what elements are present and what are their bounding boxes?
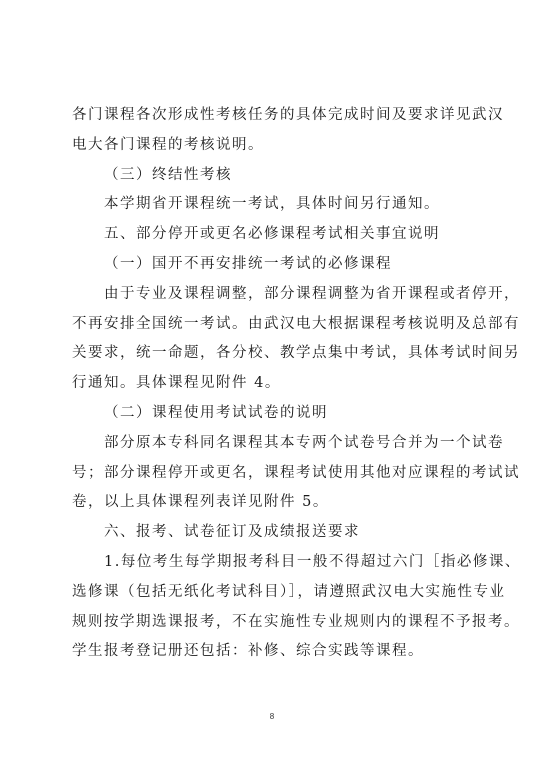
text-line: 不再安排全国统一考试。由武汉电大根据课程考核说明及总部有 bbox=[72, 310, 474, 340]
text-line: 学生报考登记册还包括：补修、综合实践等课程。 bbox=[72, 637, 474, 667]
text-line: 1.每位考生每学期报考科目一般不得超过六门［指必修课、 bbox=[72, 548, 474, 578]
text-line: 部分原本专科同名课程其本专两个试卷号合并为一个试卷 bbox=[72, 429, 474, 459]
text-line: 电大各门课程的考核说明。 bbox=[72, 131, 474, 161]
subheading-final-assessment: （三）终结性考核 bbox=[72, 161, 474, 191]
text-line: 规则按学期选课报考，不在实施性专业规则内的课程不予报考。 bbox=[72, 608, 474, 638]
text-line: 本学期省开课程统一考试，具体时间另行通知。 bbox=[72, 190, 474, 220]
document-page: 各门课程各次形成性考核任务的具体完成时间及要求详见武汉 电大各门课程的考核说明。… bbox=[0, 0, 543, 768]
text-line: 行通知。具体课程见附件 4。 bbox=[72, 369, 474, 399]
page-number: 8 bbox=[266, 712, 278, 721]
text-line: 号；部分课程停开或更名，课程考试使用其他对应课程的考试试 bbox=[72, 459, 474, 489]
subheading-exam-papers: （二）课程使用考试试卷的说明 bbox=[72, 399, 474, 429]
subheading-required-courses: （一）国开不再安排统一考试的必修课程 bbox=[72, 250, 474, 280]
heading-section-six: 六、报考、试卷征订及成绩报送要求 bbox=[72, 518, 474, 548]
document-body: 各门课程各次形成性考核任务的具体完成时间及要求详见武汉 电大各门课程的考核说明。… bbox=[72, 101, 474, 667]
text-line: 卷，以上具体课程列表详见附件 5。 bbox=[72, 488, 474, 518]
text-line: 关要求，统一命题，各分校、教学点集中考试，具体考试时间另 bbox=[72, 339, 474, 369]
text-line: 各门课程各次形成性考核任务的具体完成时间及要求详见武汉 bbox=[72, 101, 474, 131]
text-line: 由于专业及课程调整，部分课程调整为省开课程或者停开， bbox=[72, 280, 474, 310]
heading-section-five: 五、部分停开或更名必修课程考试相关事宜说明 bbox=[72, 220, 474, 250]
text-line: 选修课（包括无纸化考试科目）］，请遵照武汉电大实施性专业 bbox=[72, 578, 474, 608]
